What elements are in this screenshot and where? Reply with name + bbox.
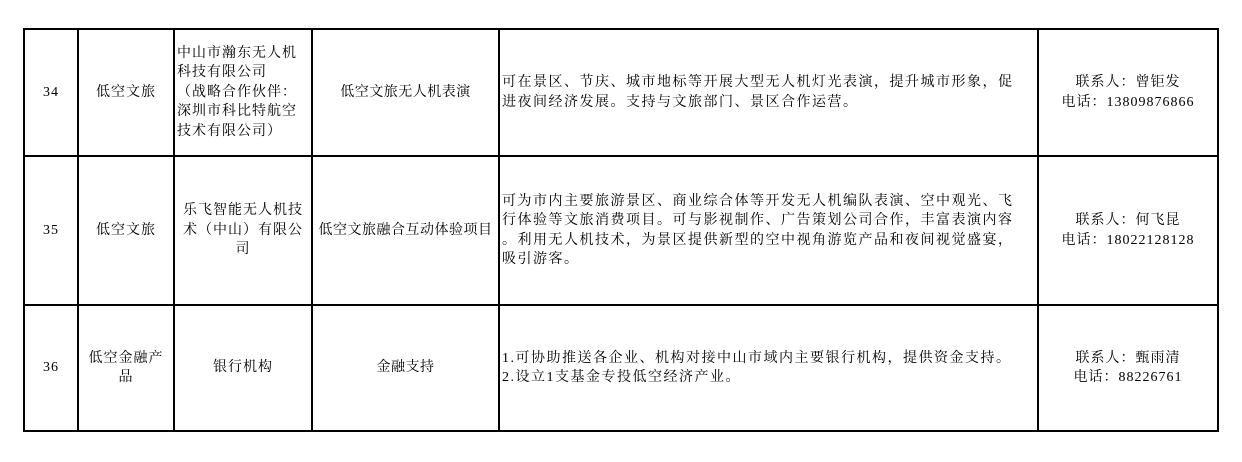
company-cell: 乐飞智能无人机技 术（中山）有限公 司	[174, 156, 312, 305]
company-cell: 银行机构	[174, 305, 312, 431]
category-cell: 低空文旅	[78, 156, 174, 305]
row-number-cell: 36	[24, 305, 78, 431]
projects-table: 34 低空文旅 中山市瀚东无人机 科技有限公司 （战略合作伙伴： 深圳市科比特航…	[23, 28, 1219, 432]
contact-cell: 联系人：甄雨清 电话：88226761	[1038, 305, 1218, 431]
project-cell: 低空文旅融合互动体验项目	[312, 156, 499, 305]
row-number-cell: 34	[24, 29, 78, 156]
category-cell: 低空金融产 品	[78, 305, 174, 431]
project-cell: 金融支持	[312, 305, 499, 431]
contact-cell: 联系人：曾钜发 电话：13809876866	[1038, 29, 1218, 156]
table-row: 34 低空文旅 中山市瀚东无人机 科技有限公司 （战略合作伙伴： 深圳市科比特航…	[24, 29, 1218, 156]
table-row: 35 低空文旅 乐飞智能无人机技 术（中山）有限公 司 低空文旅融合互动体验项目…	[24, 156, 1218, 305]
description-cell: 可为市内主要旅游景区、商业综合体等开发无人机编队表演、空中观光、飞 行体验等文旅…	[499, 156, 1038, 305]
description-cell: 可在景区、节庆、城市地标等开展大型无人机灯光表演，提升城市形象，促 进夜间经济发…	[499, 29, 1038, 156]
company-cell: 中山市瀚东无人机 科技有限公司 （战略合作伙伴： 深圳市科比特航空 技术有限公司…	[174, 29, 312, 156]
table-row: 36 低空金融产 品 银行机构 金融支持 1.可协助推送各企业、机构对接中山市域…	[24, 305, 1218, 431]
description-cell: 1.可协助推送各企业、机构对接中山市域内主要银行机构，提供资金支持。 2.设立1…	[499, 305, 1038, 431]
row-number-cell: 35	[24, 156, 78, 305]
project-cell: 低空文旅无人机表演	[312, 29, 499, 156]
contact-cell: 联系人：何飞昆 电话：18022128128	[1038, 156, 1218, 305]
document-page: 34 低空文旅 中山市瀚东无人机 科技有限公司 （战略合作伙伴： 深圳市科比特航…	[0, 0, 1242, 462]
category-cell: 低空文旅	[78, 29, 174, 156]
